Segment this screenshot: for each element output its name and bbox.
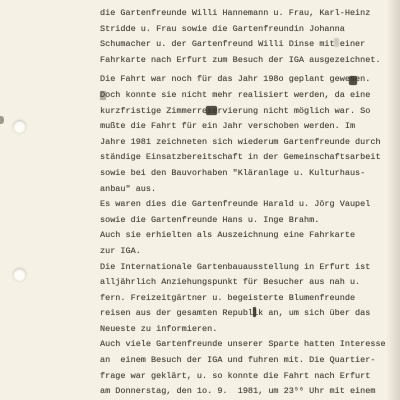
text-line: Auch sie erhielten als Auszeichnung eine… xyxy=(100,228,396,244)
text-line: Jahre 1981 zeichneten sich wiederum Gart… xyxy=(100,135,396,151)
text-line: an einem Besuch der IGA und fuhren mit. … xyxy=(100,353,396,369)
text-line: mußte die Fahrt für ein Jahr verschoben … xyxy=(100,119,396,135)
text-line: Es waren dies die Gartenfreunde Harald u… xyxy=(100,197,396,213)
text-line: ständige Einsatzbereitschaft in der Geme… xyxy=(100,150,396,166)
text-line: Fahrkarte nach Erfurt zum Besuch der IGA… xyxy=(100,53,396,69)
text-line: zur IGA. xyxy=(100,244,396,260)
text-line: frage war geklärt, u. so konnte die Fahr… xyxy=(100,369,396,385)
text-line: sowie die Gartenfreunde Hans u. Inge Bra… xyxy=(100,213,396,229)
typewritten-text: die Gartenfreunde Willi Hannemann u. Fra… xyxy=(100,6,396,400)
text-line: reisen aus der gesamten Republik an, um … xyxy=(100,306,396,322)
text-line: fern. Freizeitgärtner u. begeisterte Blu… xyxy=(100,291,396,307)
document-page: die Gartenfreunde Willi Hannemann u. Fra… xyxy=(0,0,400,400)
text-line: kurzfristige Zimmerreservierung nicht mö… xyxy=(100,104,396,120)
text-line: alljährlich Anziehungspunkt für Besucher… xyxy=(100,275,396,291)
text-line: die Gartenfreunde Willi Hannemann u. Fra… xyxy=(100,6,396,22)
text-line: Doch konnte sie nicht mehr realisiert we… xyxy=(100,88,396,104)
text-line: Stridde u. Frau sowie die Gartenfreundin… xyxy=(100,22,396,38)
text-line: am Donnerstag, den 1o. 9. 1981, um 23⁵⁶ … xyxy=(100,384,396,400)
punch-hole xyxy=(13,120,26,133)
text-line: Schumacher u. der Gartenfreund Willi Din… xyxy=(100,37,396,53)
paper-edge-speck xyxy=(0,116,4,124)
text-line: Auch viele Gartenfreunde unserer Sparte … xyxy=(100,337,396,353)
text-line: Neueste zu informieren. xyxy=(100,322,396,338)
text-line: anbau" aus. xyxy=(100,182,396,198)
text-line: Die Internationale Gartenbauausstellung … xyxy=(100,260,396,276)
text-line: Die Fahrt war noch für das Jahr 198o gep… xyxy=(100,72,396,88)
text-line: sowie bei den Bauvorhaben "Kläranlage u.… xyxy=(100,166,396,182)
punch-hole xyxy=(13,268,26,281)
